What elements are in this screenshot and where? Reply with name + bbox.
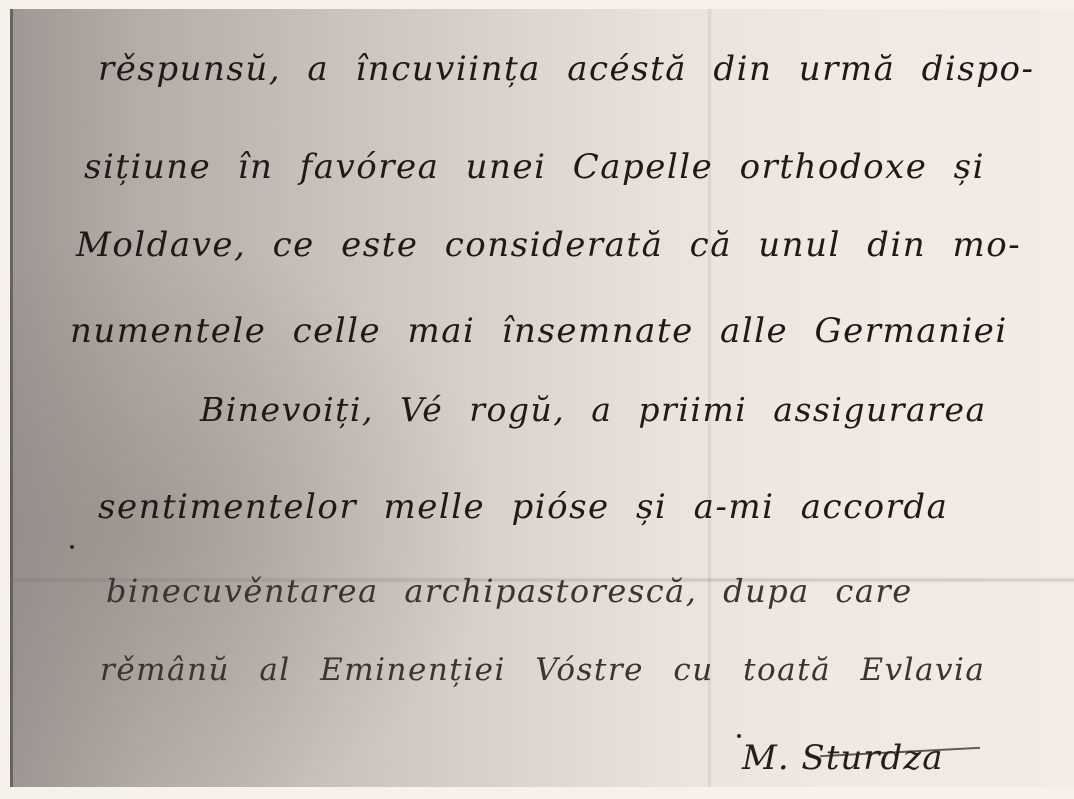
- letter-line-3: Moldave, ce este considerată că unul din…: [76, 228, 1021, 262]
- letter-line-1: rěspunsŭ, a încuviința acéstă din urmă d…: [98, 52, 1034, 86]
- ink-speck: [70, 545, 74, 549]
- letter-line-6: sentimentelor melle pióse și a-mi accord…: [98, 490, 948, 524]
- photo-border: rěspunsŭ, a încuviința acéstă din urmă d…: [0, 0, 1074, 799]
- paper-left-edge: [10, 9, 13, 787]
- letter-line-5: Binevoiți, Vé rogŭ, a priimi assigurarea: [200, 393, 987, 426]
- letter-line-8: rěmânŭ al Eminenției Vóstre cu toată Evl…: [100, 655, 985, 686]
- signature: M. Sturdza: [742, 738, 943, 778]
- ink-speck: [737, 734, 741, 738]
- letter-line-7: binecuvěntarea archipastorescă, dupa car…: [106, 575, 913, 607]
- letter-line-2: sițiune în favórea unei Capelle orthodox…: [84, 150, 985, 184]
- letter-line-4: numentele celle mai însemnate alle Germa…: [70, 314, 1008, 348]
